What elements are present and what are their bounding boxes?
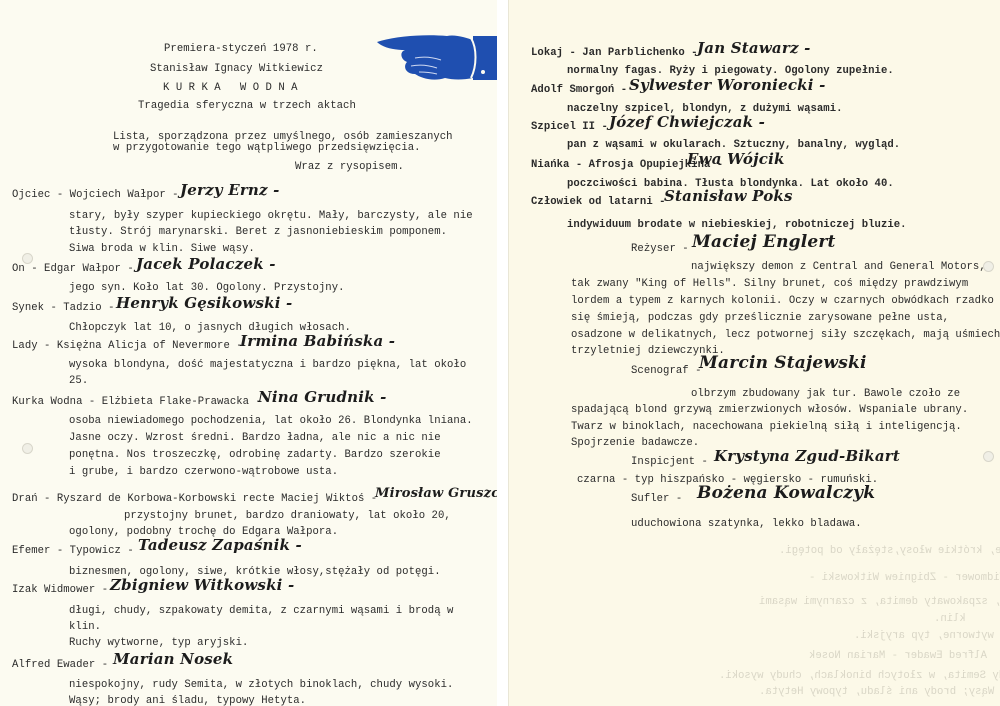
crew-role: Sufler -	[631, 493, 682, 505]
cast-actor-signature: Sylwester Woroniecki -	[629, 79, 826, 91]
pointing-hand-icon	[375, 28, 497, 83]
crew-desc: spadającą blond grzywą zmierzwionych wło…	[571, 404, 968, 416]
crew-desc: Twarz w binoklach, nacechowana piekielną…	[571, 421, 962, 433]
left-page: Premiera-styczeń 1978 r. Stanisław Ignac…	[0, 0, 497, 706]
right-page: Lokaj - Jan Parblichenko - Jan Stawarz -…	[508, 0, 1000, 706]
bleed-through-text: Alfred Ewader - Marian Nosek	[809, 650, 987, 662]
cast-desc: przystojny brunet, bardzo draniowaty, la…	[124, 510, 451, 522]
cast-actor-signature: Irmina Babińska -	[240, 335, 395, 347]
crew-name-signature: Bożena Kowalczyk	[697, 487, 875, 499]
crew-role: Scenograf -	[631, 365, 701, 377]
cast-actor-signature: Ewa Wójcik	[687, 153, 785, 165]
page-gutter	[497, 0, 508, 706]
crew-name-signature: Maciej Englert	[692, 236, 836, 248]
cast-actor-signature: Henryk Gęsikowski -	[116, 297, 292, 309]
crew-desc: osadzone w delikatnych, lecz potwornej s…	[571, 329, 1000, 341]
bleed-through-text: Wąsy; brody ani śladu, typowy Hetyta.	[759, 686, 994, 698]
crew-name-signature: Krystyna Zgud-Bikart	[714, 450, 900, 462]
cast-desc: Ruchy wytworne, typ aryjski.	[69, 637, 248, 649]
cast-desc: Wąsy; brody ani śladu, typowy Hetyta.	[69, 695, 306, 706]
cast-desc: osoba niewiadomego pochodzenia, lat okoł…	[69, 415, 473, 427]
intro-line-2: w przygotowanie tego wątpliwego przedsię…	[113, 142, 421, 154]
cast-role: Drań - Ryszard de Korbowa-Korbowski rect…	[12, 493, 377, 505]
cast-role: On - Edgar Wałpor -	[12, 263, 134, 275]
punch-hole	[22, 443, 33, 454]
cast-role: Lokaj - Jan Parblichenko -	[531, 47, 698, 59]
punch-hole	[983, 261, 994, 272]
crew-desc: Spojrzenie badawcze.	[571, 437, 699, 449]
premiere-date: Premiera-styczeń 1978 r.	[164, 43, 318, 55]
cast-role: Ojciec - Wojciech Wałpor -	[12, 189, 179, 201]
cast-desc: Siwa broda w klin. Siwe wąsy.	[69, 243, 255, 255]
cast-desc: niespokojny, rudy Semita, w złotych bino…	[69, 679, 453, 691]
intro-line-3: Wraz z rysopisem.	[295, 161, 404, 173]
cast-actor-signature: Jerzy Ernz -	[180, 184, 280, 196]
cast-actor-signature: Stanisław Poks	[664, 190, 793, 202]
author: Stanisław Ignacy Witkiewicz	[150, 63, 323, 75]
cast-desc: stary, były szyper kupieckiego okrętu. M…	[69, 210, 473, 222]
cast-actor-signature: Mirosław Gruszczyński	[375, 488, 497, 500]
cast-desc: 25.	[69, 375, 88, 387]
crew-desc: się śmieją, podczas gdy prześlicznie zar…	[571, 312, 949, 324]
cast-desc: jego syn. Koło lat 30. Ogolony. Przystoj…	[69, 282, 345, 294]
cast-role: Efemer - Typowicz -	[12, 545, 134, 557]
cast-role: Adolf Smorgoń -	[531, 84, 627, 96]
cast-actor-signature: Nina Grudnik -	[258, 391, 387, 403]
cast-desc: długi, chudy, szpakowaty demita, z czarn…	[69, 605, 453, 617]
bleed-through-text: długi, chudy, szpakowaty demita, z czarn…	[759, 596, 1000, 608]
cast-actor-signature: Tadeusz Zapaśnik -	[138, 539, 302, 551]
crew-role: Inspicjent -	[631, 456, 708, 468]
cast-desc: indywiduum brodate w niebieskiej, robotn…	[567, 219, 907, 231]
crew-desc: olbrzym zbudowany jak tur. Bawole czoło …	[691, 388, 960, 400]
crew-desc: uduchowiona szatynka, lekko bladawa.	[631, 518, 862, 530]
cast-desc: i grube, i bardzo czerwono-wątrobowe ust…	[69, 466, 338, 478]
cast-role: Człowiek od latarni -	[531, 196, 666, 208]
bleed-through-text: niespokojny, rudy Semita, w złotych bino…	[719, 670, 1000, 682]
cast-role: Szpicel II -	[531, 121, 608, 133]
punch-hole	[983, 451, 994, 462]
cast-role: Synek - Tadzio -	[12, 302, 115, 314]
cast-role: Izak Widmower -	[12, 584, 108, 596]
play-subtitle: Tragedia sferyczna w trzech aktach	[138, 100, 356, 112]
crew-desc: tak zwany "King of Hells". Silny brunet,…	[571, 278, 968, 290]
cast-actor-signature: Józef Chwiejczak -	[609, 116, 765, 128]
crew-desc: lordem a typem z karnych kolonii. Oczy w…	[571, 295, 994, 307]
cast-actor-signature: Jacek Polaczek -	[136, 258, 276, 270]
bleed-through-text: klin.	[934, 613, 966, 625]
cast-desc: wysoka blondyna, dość majestatyczna i ba…	[69, 359, 466, 371]
bleed-through-text: Ruchy wytworne, typ aryjski.	[854, 630, 1000, 642]
play-title: K U R K A W O D N A	[163, 82, 298, 94]
cast-actor-signature: Jan Stawarz -	[697, 42, 811, 54]
crew-desc: największy demon z Central and General M…	[691, 261, 986, 273]
cast-role: Kurka Wodna - Elżbieta Flake-Prawacka -	[12, 396, 262, 408]
bleed-through-text: biznesmen, ogolony, siwe, krótkie włosy,…	[779, 545, 1000, 557]
cast-desc: ponętna. Nos troszeczkę, odrobinę zadart…	[69, 449, 441, 461]
bleed-through-text: Izak Widmower - Zbigniew Witkowski -	[809, 572, 1000, 584]
cast-actor-signature: Marian Nosek	[113, 653, 233, 665]
cast-role: Alfred Ewader -	[12, 659, 108, 671]
cast-desc: klin.	[69, 621, 101, 633]
crew-name-signature: Marcin Stajewski	[699, 357, 867, 369]
cast-desc: Jasne oczy. Wzrost średni. Bardzo ładna,…	[69, 432, 441, 444]
cast-role: Lady - Księżna Alicja of Nevermore -	[12, 340, 243, 352]
cast-desc: tłusty. Strój marynarski. Beret z jasnon…	[69, 226, 447, 238]
crew-role: Reżyser -	[631, 243, 689, 255]
cast-actor-signature: Zbigniew Witkowski -	[110, 579, 294, 591]
punch-hole	[22, 253, 33, 264]
